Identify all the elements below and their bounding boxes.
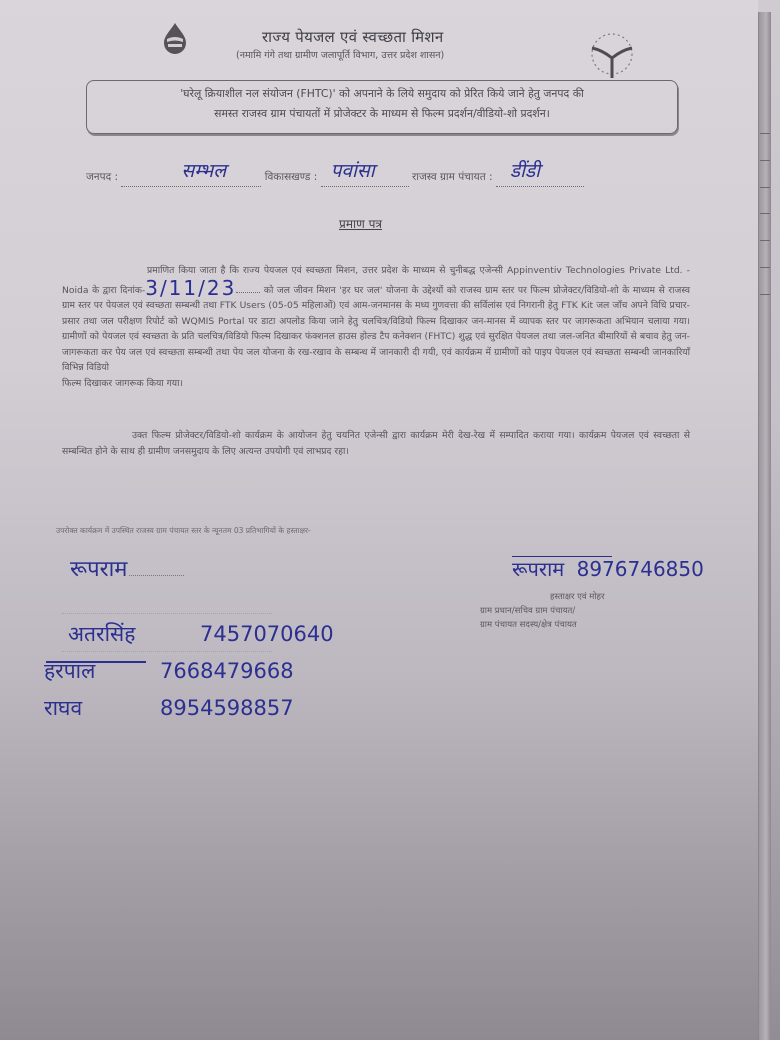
sign-label-3: ग्राम पंचायत सदस्य/क्षेत्र पंचायत (480, 618, 605, 632)
edge-tick (760, 213, 770, 214)
banner-line-1: 'घरेलू क्रियाशील नल संयोजन (FHTC)' को अप… (87, 84, 677, 104)
edge-tick (760, 187, 770, 188)
body-part-c: फिल्म दिखाकर जागरूक किया गया। (62, 378, 183, 389)
witness-phone: 7457070640 (200, 622, 334, 646)
official-phone: 8976746850 (577, 557, 704, 581)
block-label: विकासखण्ड : (265, 171, 318, 183)
sign-label-1: हस्ताक्षर एवं मोहर (530, 590, 605, 604)
water-drop-logo-icon (158, 22, 192, 56)
location-fields: जनपद : सम्भल विकासखण्ड : पवांसा राजस्व ग… (86, 160, 584, 187)
certificate-para-2: उक्त फिल्म प्रोजेक्टर/विडियो-शो कार्यक्र… (62, 428, 690, 460)
block-value: पवांसा (331, 160, 375, 182)
witness-phone: 7668479668 (160, 659, 294, 683)
header-title: राज्य पेयजल एवं स्वच्छता मिशन (262, 27, 444, 47)
district-value: सम्भल (181, 160, 226, 182)
witness-name: अतरसिंह (68, 620, 200, 648)
header-subtitle: (नमामि गंगे तथा ग्रामीण जलापूर्ति विभाग,… (236, 48, 444, 61)
witness-phone: 8954598857 (160, 696, 294, 720)
witness-name: हरपाल (44, 657, 160, 685)
edge-tick (760, 240, 770, 241)
edge-tick (760, 294, 770, 295)
panchayat-value: डींडी (510, 160, 540, 182)
witness-line-2 (62, 612, 272, 614)
program-banner: 'घरेलू क्रियाशील नल संयोजन (FHTC)' को अप… (86, 80, 678, 134)
certificate-body: प्रमाणित किया जाता है कि राज्य पेयजल एवं… (62, 263, 690, 391)
program-date: 3/11/23 (145, 276, 236, 300)
witness-entry-3: हरपाल7668479668 (44, 657, 294, 685)
para-2-text: उक्त फिल्म प्रोजेक्टर/विडियो-शो कार्यक्र… (62, 430, 690, 457)
witness-entry-4: राघव8954598857 (44, 694, 294, 722)
certificate-title: प्रमाण पत्र (339, 215, 382, 232)
document-page (0, 0, 758, 1040)
panchayat-label: राजस्व ग्राम पंचायत : (412, 171, 493, 183)
signatory-labels: हस्ताक्षर एवं मोहर ग्राम प्रधान/सचिव ग्र… (530, 590, 605, 632)
official-signature-name: रूपराम (512, 557, 564, 581)
banner-line-2: समस्त राजस्व ग्राम पंचायतों में प्रोजेक्… (87, 104, 677, 124)
edge-tick (760, 133, 770, 134)
witness-intro: उपरोक्त कार्यक्रम में उपस्थित राजस्व ग्र… (56, 524, 426, 537)
witness-signature-1: रूपराम (70, 553, 184, 583)
sign-label-2: ग्राम प्रधान/सचिव ग्राम पंचायत/ (480, 604, 605, 618)
official-signature: रूपराम 8976746850 (512, 555, 704, 582)
edge-tick (760, 160, 770, 161)
witness-name: रूपराम (70, 557, 127, 582)
witness-entry-2: अतरसिंह7457070640 (68, 620, 334, 648)
witness-name: राघव (44, 694, 160, 722)
tree-emblem-logo-icon (582, 30, 642, 82)
binder-edge (758, 12, 771, 1040)
district-label: जनपद : (86, 171, 118, 183)
witness-line-3 (62, 650, 272, 652)
edge-tick (760, 267, 770, 268)
